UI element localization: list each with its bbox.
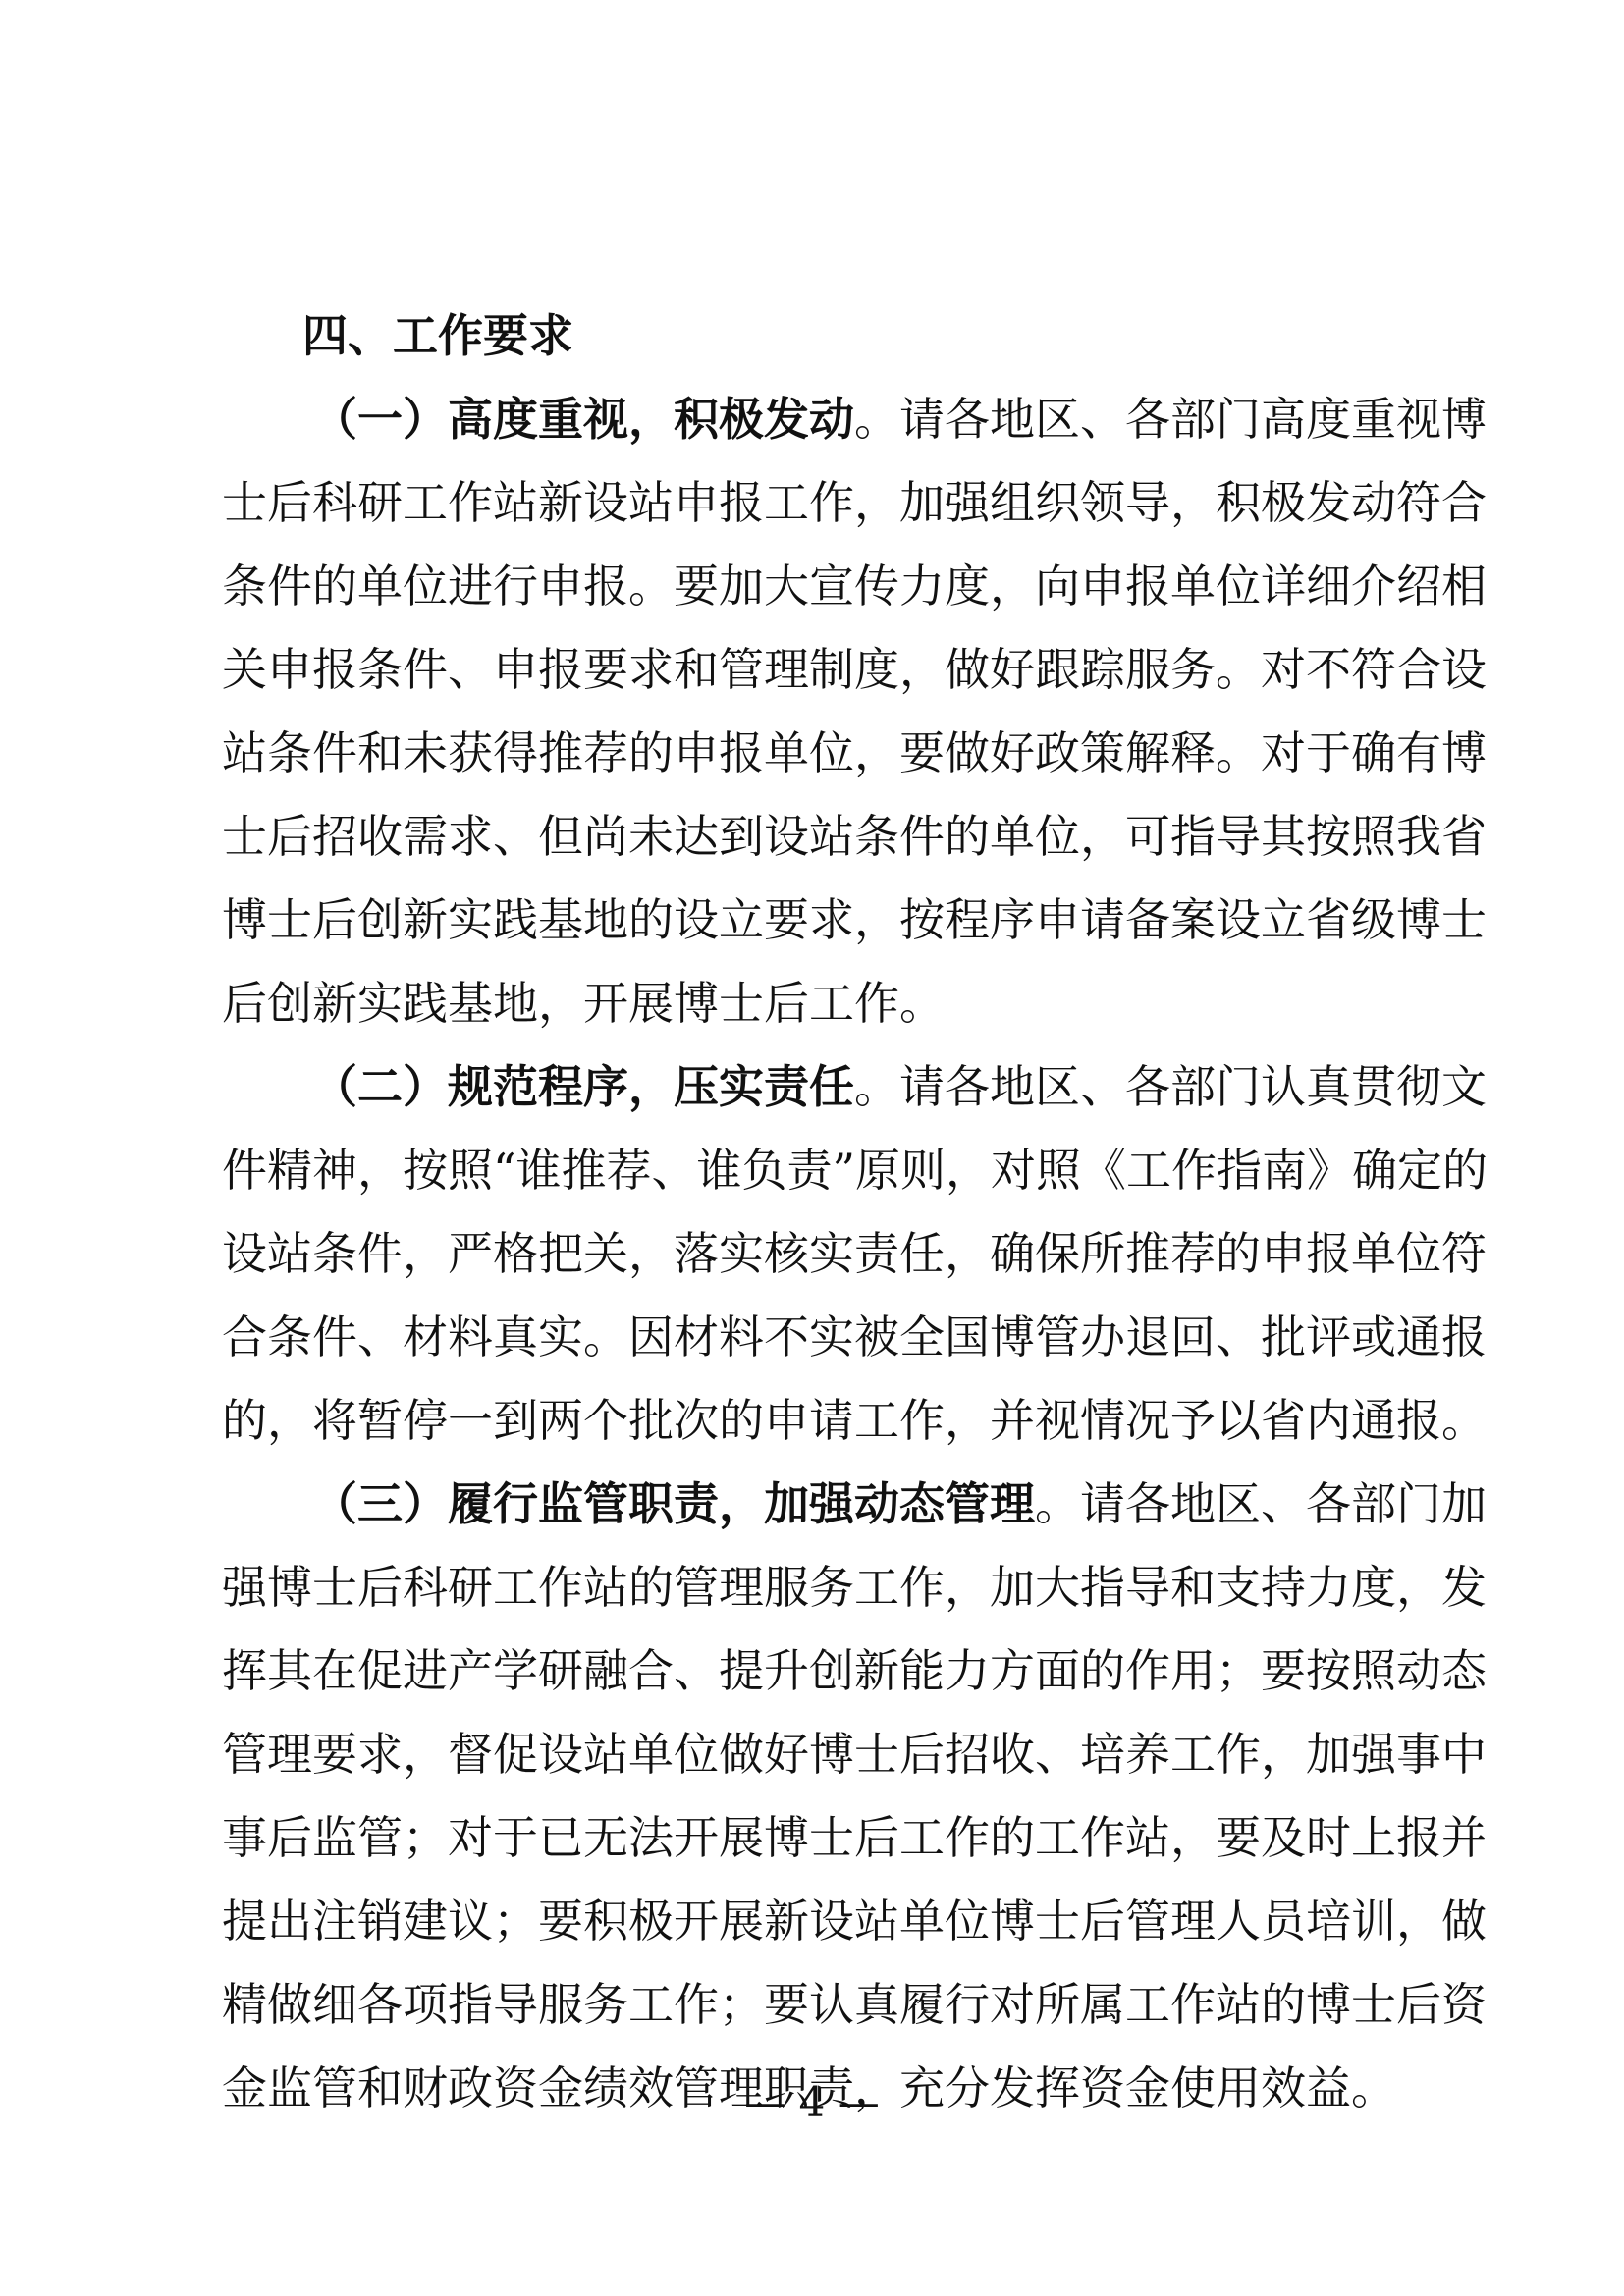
document-body: 四、工作要求 （一）高度重视，积极发动。请各地区、各部门高度重视博 士后科研工作… [222, 294, 1435, 2130]
paragraph-2-line-1: （二）规范程序，压实责任。请各地区、各部门认真贯彻文 [222, 1045, 1435, 1129]
section-heading: 四、工作要求 [222, 294, 1435, 378]
paragraph-2-title: （二）规范程序，压实责任 [312, 1060, 854, 1113]
paragraph-3-line: 提出注销建议；要积极开展新设站单位博士后管理人员培训，做 [222, 1880, 1435, 1963]
document-page: 四、工作要求 （一）高度重视，积极发动。请各地区、各部门高度重视博 士后科研工作… [0, 0, 1624, 2296]
paragraph-3-title: （三）履行监管职责，加强动态管理 [312, 1477, 1035, 1530]
paragraph-3-line: 管理要求，督促设站单位做好博士后招收、培养工作，加强事中 [222, 1713, 1435, 1796]
paragraph-1-line: 关申报条件、申报要求和管理制度，做好跟踪服务。对不符合设 [222, 628, 1435, 712]
paragraph-3-line: 强博士后科研工作站的管理服务工作，加大指导和支持力度，发 [222, 1546, 1435, 1629]
paragraph-1-title: （一）高度重视，积极发动 [312, 393, 854, 446]
page-number: — 4 — [0, 2073, 1624, 2132]
paragraph-3-line: 挥其在促进产学研融合、提升创新能力方面的作用；要按照动态 [222, 1629, 1435, 1713]
paragraph-1-line: 士后科研工作站新设站申报工作，加强组织领导，积极发动符合 [222, 461, 1435, 545]
paragraph-1-line: 士后招收需求、但尚未达到设站条件的单位，可指导其按照我省 [222, 795, 1435, 879]
paragraph-2-line: 合条件、材料真实。因材料不实被全国博管办退回、批评或通报 [222, 1296, 1435, 1379]
paragraph-2-line: 设站条件，严格把关，落实核实责任，确保所推荐的申报单位符 [222, 1212, 1435, 1296]
paragraph-1-line: 博士后创新实践基地的设立要求，按程序申请备案设立省级博士 [222, 879, 1435, 962]
paragraph-2-line: 件精神，按照“谁推荐、谁负责”原则，对照《工作指南》确定的 [222, 1129, 1435, 1212]
paragraph-1-line-1: （一）高度重视，积极发动。请各地区、各部门高度重视博 [222, 378, 1435, 461]
paragraph-3-line: 事后监管；对于已无法开展博士后工作的工作站，要及时上报并 [222, 1796, 1435, 1880]
paragraph-1-line: 条件的单位进行申报。要加大宣传力度，向申报单位详细介绍相 [222, 545, 1435, 628]
paragraph-3-line-1: （三）履行监管职责，加强动态管理。请各地区、各部门加 [222, 1463, 1435, 1546]
paragraph-2-line: 的，将暂停一到两个批次的申请工作，并视情况予以省内通报。 [222, 1379, 1435, 1463]
paragraph-1-line: 站条件和未获得推荐的申报单位，要做好政策解释。对于确有博 [222, 712, 1435, 795]
paragraph-1-line: 后创新实践基地，开展博士后工作。 [222, 962, 1435, 1045]
paragraph-3-line: 精做细各项指导服务工作；要认真履行对所属工作站的博士后资 [222, 1963, 1435, 2047]
